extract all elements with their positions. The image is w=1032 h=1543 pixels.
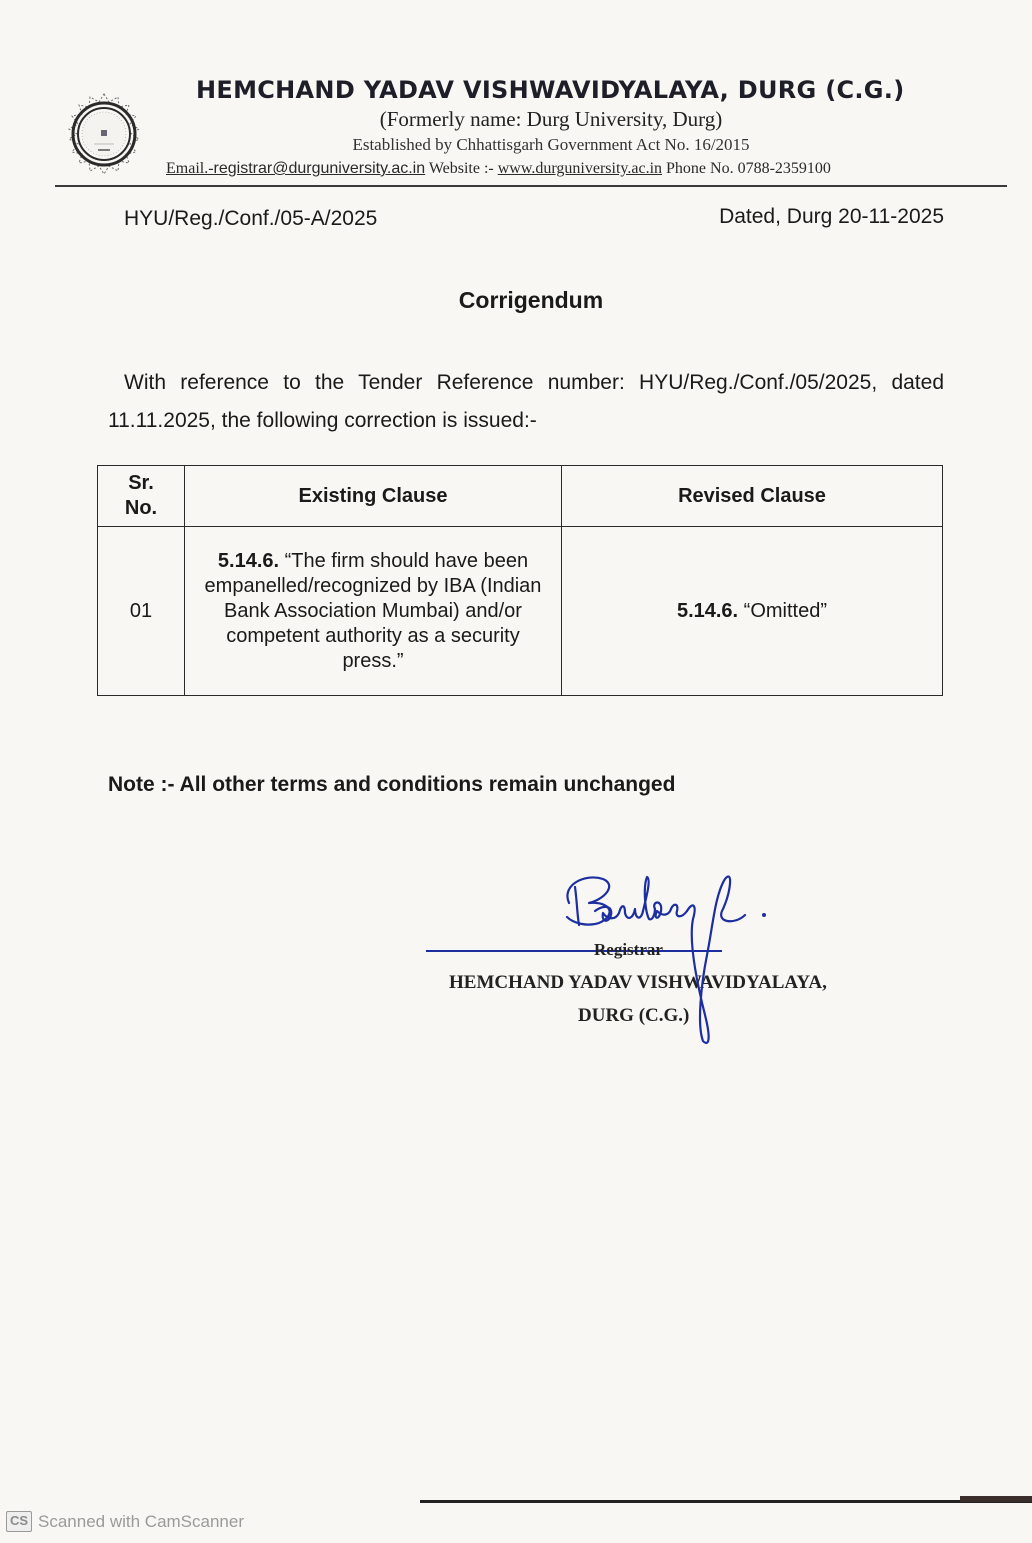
- intro-text: With reference to the Tender Reference n…: [108, 371, 944, 432]
- document-title: Corrigendum: [0, 287, 1032, 314]
- establishment-note: Established by Chhattisgarh Government A…: [0, 135, 1032, 155]
- university-name: HEMCHAND YADAV VISHWAVIDYALAYA, DURG (C.…: [196, 76, 904, 104]
- cell-existing-clause: 5.14.6. “The firm should have been empan…: [185, 527, 562, 696]
- issue-date: Dated, Durg 20-11-2025: [719, 205, 944, 229]
- contact-line: Email.-registrar@durguniversity.ac.in We…: [166, 160, 831, 178]
- cell-revised-clause: 5.14.6. “Omitted”: [562, 527, 943, 696]
- website-label: Website :-: [425, 160, 498, 177]
- header-divider: [55, 185, 1007, 187]
- header-existing-clause: Existing Clause: [185, 466, 562, 527]
- university-seal-icon: [62, 92, 146, 176]
- header-sr-line1: Sr.: [128, 472, 154, 494]
- header-revised-clause: Revised Clause: [562, 466, 943, 527]
- intro-paragraph: With reference to the Tender Reference n…: [108, 364, 944, 440]
- phone-number: Phone No. 0788-2359100: [662, 160, 831, 177]
- cell-sr-no: 01: [98, 527, 185, 696]
- table-header-row: Sr. No. Existing Clause Revised Clause: [98, 466, 943, 527]
- corrigendum-table: Sr. No. Existing Clause Revised Clause 0…: [97, 465, 943, 696]
- revised-clause-text: “Omitted”: [738, 600, 827, 622]
- email-label: Email.-: [166, 160, 214, 177]
- website-link[interactable]: www.durguniversity.ac.in: [498, 160, 662, 177]
- header-sr-line2: No.: [125, 497, 157, 519]
- table-row: 01 5.14.6. “The firm should have been em…: [98, 527, 943, 696]
- handwritten-signature-icon: [555, 865, 775, 1050]
- reference-number: HYU/Reg./Conf./05-A/2025: [124, 207, 377, 231]
- bottom-edge-shadow: [960, 1496, 1032, 1502]
- former-name: (Formerly name: Durg University, Durg): [0, 107, 1032, 132]
- note: Note :- All other terms and conditions r…: [108, 773, 675, 797]
- email-link[interactable]: registrar@durguniversity.ac.in: [214, 160, 426, 177]
- camscanner-logo-icon: CS: [6, 1511, 32, 1532]
- existing-clause-number: 5.14.6.: [218, 550, 279, 572]
- bottom-edge: [420, 1500, 1032, 1503]
- scanner-watermark: Scanned with CamScanner: [38, 1512, 244, 1532]
- header-sr-no: Sr. No.: [98, 466, 185, 527]
- revised-clause-number: 5.14.6.: [677, 600, 738, 622]
